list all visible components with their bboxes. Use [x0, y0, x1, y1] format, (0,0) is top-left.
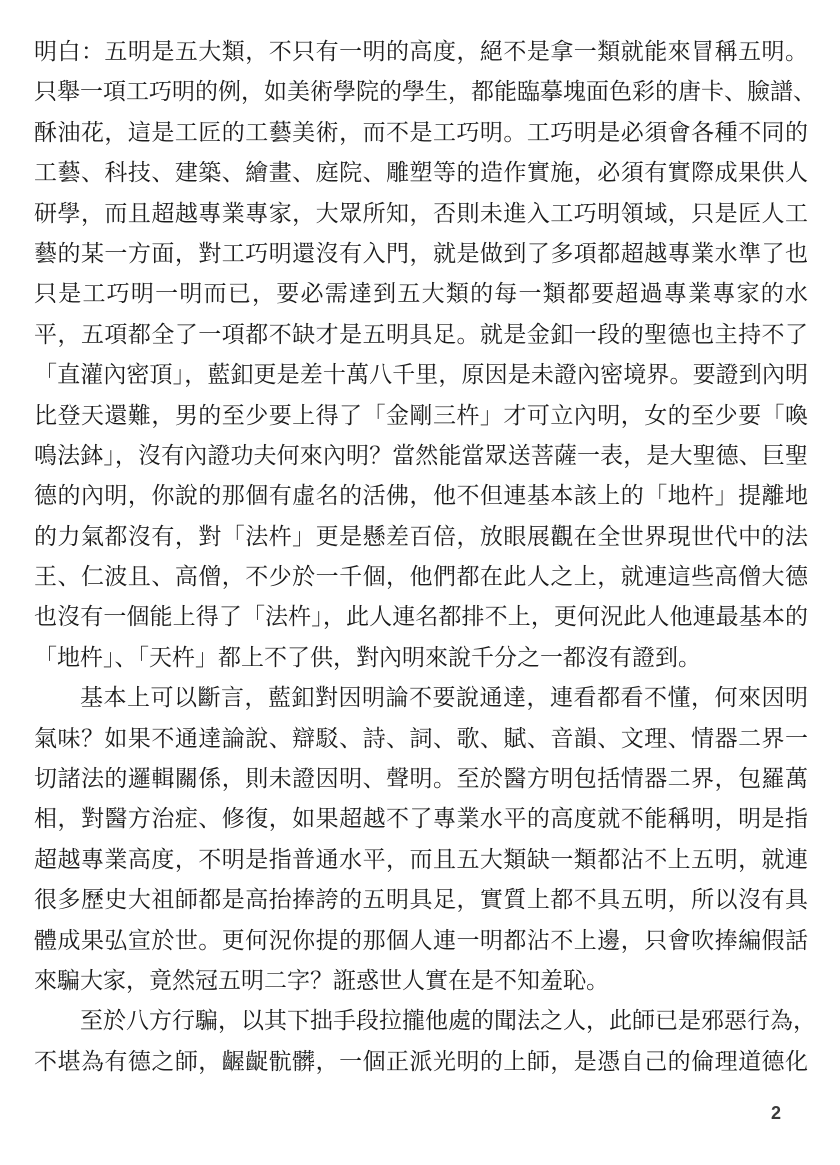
document-page: 明白：五明是五大類，不只有一明的高度，絕不是拿一類就能來冒稱五明。只舉一項工巧明…: [0, 0, 840, 1165]
text-line: 基本上可以斷言，藍釦對因明論不要說通達，連看都看不懂，何來因明: [34, 678, 808, 718]
text-line: 超越專業高度，不明是指普通水平，而且五大類缺一類都沾不上五明，就連: [34, 840, 808, 880]
text-line: 只是工巧明一明而已，要必需達到五大類的每一類都要超過專業專家的水: [34, 274, 808, 314]
text-line: 平，五項都全了一項都不缺才是五明具足。就是金釦一段的聖德也主持不了: [34, 315, 808, 355]
text-line: 相，對醫方治症、修復，如果超越不了專業水平的高度就不能稱明，明是指: [34, 799, 808, 839]
text-line: 研學，而且超越專業專家，大眾所知，否則未進入工巧明領域，只是匠人工: [34, 194, 808, 234]
text-line: 很多歷史大祖師都是高抬捧誇的五明具足，實質上都不具五明，所以沒有具: [34, 880, 808, 920]
page-number: 2: [757, 1103, 795, 1124]
text-line: 只舉一項工巧明的例，如美術學院的學生，都能臨摹塊面色彩的唐卡、臉譜、: [34, 72, 808, 112]
text-line: 王、仁波且、高僧，不少於一千個，他們都在此人之上，就連這些高僧大德: [34, 557, 808, 597]
text-line: 德的內明，你說的那個有虛名的活佛，他不但連基本該上的「地杵」提離地: [34, 476, 808, 516]
document-body: 明白：五明是五大類，不只有一明的高度，絕不是拿一類就能來冒稱五明。只舉一項工巧明…: [34, 32, 808, 1082]
text-line: 至於八方行騙，以其下拙手段拉攏他處的聞法之人，此師已是邪惡行為，: [34, 1001, 808, 1041]
text-line: 氣味？如果不通達論說、辯駁、詩、詞、歌、賦、音韻、文理、情器二界一: [34, 719, 808, 759]
text-line: 也沒有一個能上得了「法杵」，此人連名都排不上，更何況此人他連最基本的: [34, 597, 808, 637]
text-line: 鳴法鉢」，沒有內證功夫何來內明？當然能當眾送菩薩一表，是大聖德、巨聖: [34, 436, 808, 476]
text-line: 酥油花，這是工匠的工藝美術，而不是工巧明。工巧明是必須會各種不同的: [34, 113, 808, 153]
text-line: 明白：五明是五大類，不只有一明的高度，絕不是拿一類就能來冒稱五明。: [34, 32, 808, 72]
text-line: 不堪為有德之師，齷齪骯髒，一個正派光明的上師，是憑自己的倫理道德化: [34, 1042, 808, 1082]
text-line: 來騙大家，竟然冠五明二字？誑惑世人實在是不知羞恥。: [34, 961, 808, 1001]
text-line: 的力氣都沒有，對「法杵」更是懸差百倍，放眼展觀在全世界現世代中的法: [34, 517, 808, 557]
text-line: 「直灌內密頂」，藍釦更是差十萬八千里，原因是未證內密境界。要證到內明: [34, 355, 808, 395]
text-line: 切諸法的邏輯關係，則未證因明、聲明。至於醫方明包括情器二界，包羅萬: [34, 759, 808, 799]
text-line: 藝的某一方面，對工巧明還沒有入門，就是做到了多項都超越專業水準了也: [34, 234, 808, 274]
text-line: 比登天還難，男的至少要上得了「金剛三杵」才可立內明，女的至少要「喚: [34, 396, 808, 436]
text-line: 「地杵」、「天杵」都上不了供，對內明來說千分之一都沒有證到。: [34, 638, 808, 678]
text-line: 體成果弘宣於世。更何況你提的那個人連一明都沾不上邊，只會吹捧編假話: [34, 921, 808, 961]
text-line: 工藝、科技、建築、繪畫、庭院、雕塑等的造作實施，必須有實際成果供人: [34, 153, 808, 193]
